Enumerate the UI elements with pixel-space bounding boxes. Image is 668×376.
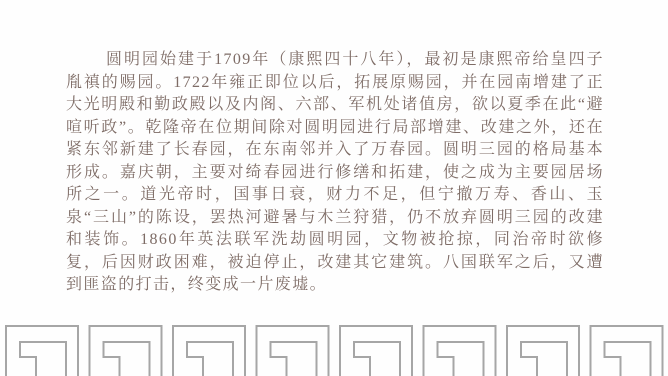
meander-tile [90,326,162,376]
meander-tile [173,326,245,376]
meander-tile [591,326,663,376]
meander-tile [257,326,329,376]
article-paragraph: 圆明园始建于1709年（康熙四十八年），最初是康熙帝给皇四子胤禛的赐园。1722… [66,49,604,297]
meander-border [0,324,668,376]
meander-border-svg [0,324,668,376]
page: 圆明园始建于1709年（康熙四十八年），最初是康熙帝给皇四子胤禛的赐园。1722… [0,0,668,376]
meander-tile [424,326,496,376]
meander-tile [340,326,412,376]
meander-tile [507,326,579,376]
meander-tile [6,326,78,376]
